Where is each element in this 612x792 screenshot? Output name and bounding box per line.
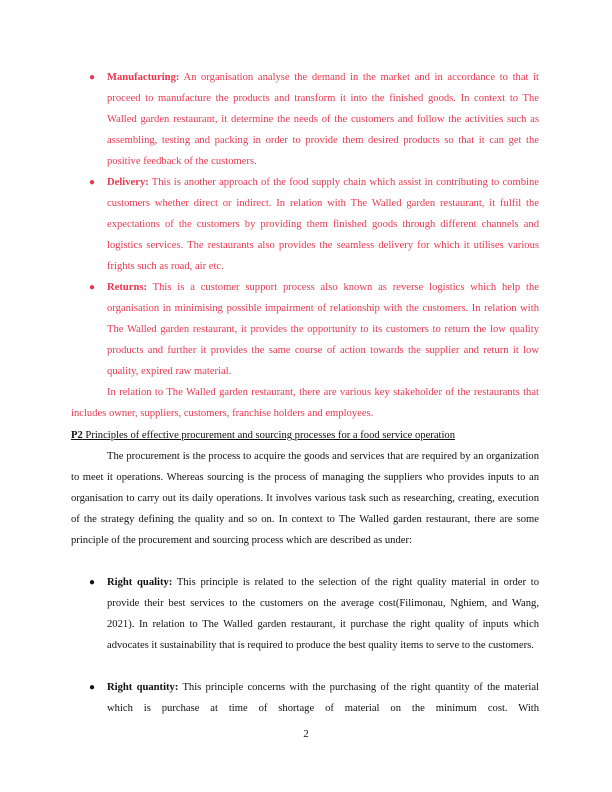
list-item-delivery: Delivery: This is another approach of th…	[107, 172, 539, 277]
page-number: 2	[0, 728, 612, 740]
bullet-icon: ●	[89, 572, 95, 593]
list-item-manufacturing: Manufacturing: An organisation analyse t…	[107, 67, 539, 172]
bullet-icon: ●	[89, 277, 95, 298]
list-item-returns: Returns: This is a customer support proc…	[107, 277, 539, 382]
list-item-right-quality: Right quality: This principle is related…	[107, 572, 539, 656]
section-heading: P2 Principles of effective procurement a…	[71, 428, 455, 444]
list-item-right-quantity: Right quantity: This principle concerns …	[107, 677, 539, 719]
bullet-icon: ●	[89, 677, 95, 698]
list-item-text: An organisation analyse the demand in th…	[107, 72, 539, 167]
list-item-text: This is another approach of the food sup…	[107, 177, 539, 272]
bullet-icon: ●	[89, 67, 95, 88]
intro-paragraph: The procurement is the process to acquir…	[71, 446, 539, 551]
list-item-term: Right quantity:	[107, 682, 178, 693]
list-item-term: Delivery:	[107, 177, 149, 188]
stakeholder-paragraph: In relation to The Walled garden restaur…	[71, 382, 539, 424]
list-item-text: This principle is related to the selecti…	[107, 577, 539, 651]
list-item-term: Right quality:	[107, 577, 172, 588]
section-title: Principles of effective procurement and …	[83, 430, 455, 441]
bullet-icon: ●	[89, 172, 95, 193]
list-item-term: Returns:	[107, 282, 147, 293]
document-page: ● Manufacturing: An organisation analyse…	[0, 0, 612, 792]
list-item-term: Manufacturing:	[107, 72, 179, 83]
list-item-text: This is a customer support process also …	[107, 282, 539, 377]
section-label: P2	[71, 430, 83, 441]
